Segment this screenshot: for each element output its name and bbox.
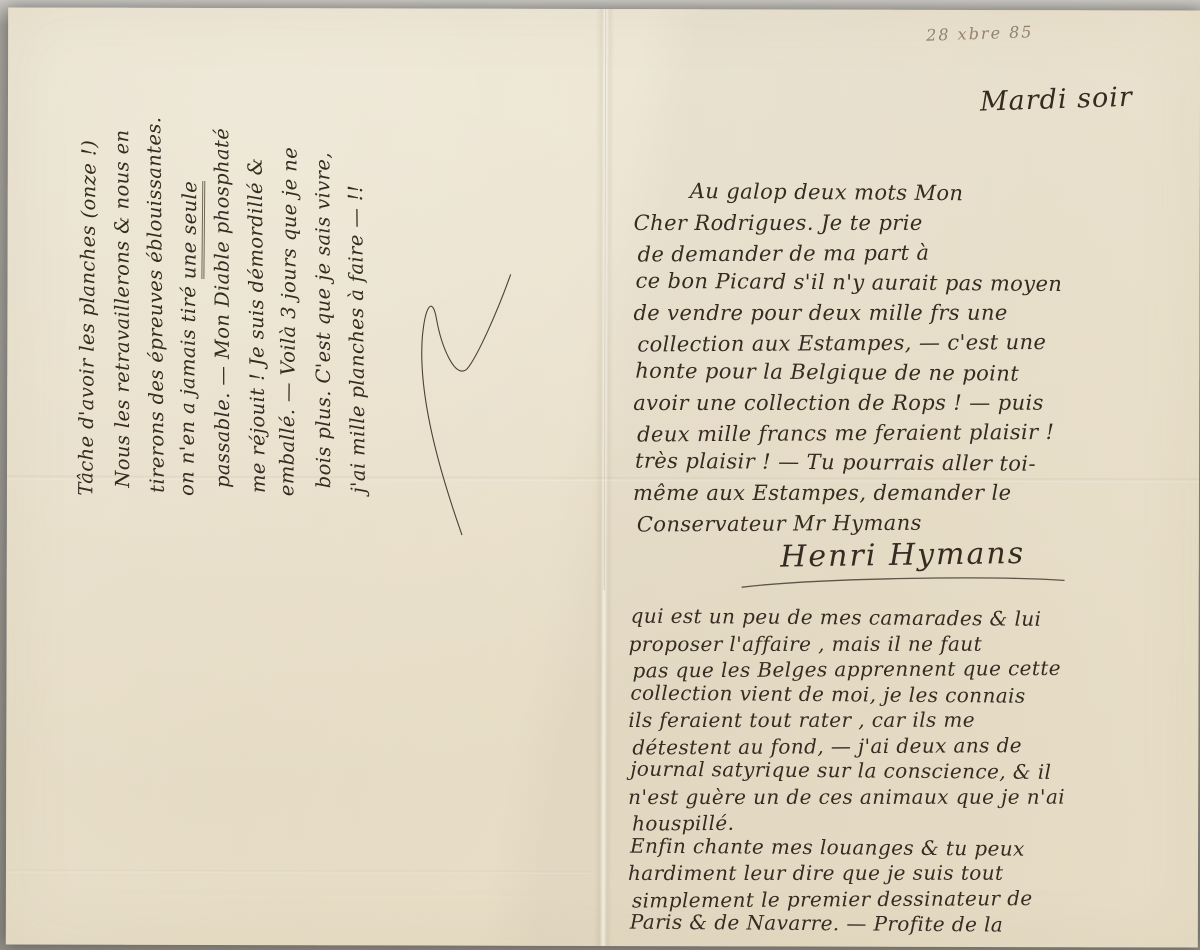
note-underlined-words: une seule [177,181,205,280]
letter-line: ce bon Picard s'il n'y aurait pas moyen [635,266,1191,300]
letter-line: Paris & de Navarre. — Profite de la [630,910,1190,940]
highlighted-name: Henri Hymans [606,533,1199,593]
letter-line: détestent au fond, — j'ai deux ans de [632,732,1192,761]
letter-line: de vendre pour deux mille frs une [633,298,1189,328]
letter-line: Cher Rodrigues. Je te prie [634,208,1190,238]
letter-line: collection aux Estampes, — c'est une [637,326,1193,359]
dateline: Mardi soir [980,82,1134,118]
note-line: Tâche d'avoir les planches (onze !) [69,18,107,496]
note-line-text: on n'en a jamais tiré [175,279,200,496]
letter-line: journal satyrique sur la conscience, & i… [630,757,1190,787]
letter-body-second: qui est un peu de mes camarades & lui pr… [630,605,1191,938]
letter-line: n'est guère un de ces animaux que je n'a… [628,784,1188,810]
letter-line: qui est un peu de mes camarades & lui [631,604,1191,634]
note-line: bois plus. C'est que je sais vivre, [305,10,340,488]
letter-sheet: Tâche d'avoir les planches (onze !) Nous… [6,7,1200,947]
note-line: me réjouit ! Je suis démordillé & [237,15,275,493]
note-line: passable. — Mon Diable phosphaté [205,10,240,488]
note-line: on n'en a jamais tiré une seule [170,18,208,496]
name-underline-stroke [738,572,1068,591]
letter-line: ils feraient tout rater , car ils me [628,708,1188,734]
archival-date-note: 28 xbre 85 [926,22,1034,44]
letter-line: deux mille francs me feraient plaisir ! [637,416,1193,449]
letter-line: avoir une collection de Rops ! — puis [633,388,1189,418]
letter-line: pas que les Belges apprennent que cette [632,655,1192,684]
letter-line: honte pour la Belgique de ne point [635,356,1191,390]
right-page: 28 xbre 85 Mardi soir Au galop deux mots… [606,9,1200,948]
marginal-note: Tâche d'avoir les planches (onze !) Nous… [71,18,378,497]
letter-line: proposer l'affaire , mais il ne faut [629,631,1189,657]
letter-line: simplement le premier dessinateur de [632,885,1192,914]
pen-flourish [405,256,536,546]
note-line: emballé. — Voilà 3 jours que je ne [270,18,308,496]
horizontal-crease-faint [6,869,590,874]
letter-line: Enfin chante mes louanges & tu peux [630,833,1190,863]
letter-line: hardiment leur dire que je suis tout [628,861,1188,887]
note-line: j'ai mille planches à faire — !! [337,15,375,493]
letter-line: de demander de ma part à [638,236,1194,269]
letter-line: Au galop deux mots Mon [636,176,1192,210]
letter-body-first: Au galop deux mots Mon Cher Rodrigues. J… [635,177,1192,538]
note-line: Nous les retravaillerons & nous en [104,10,139,488]
note-line: tirerons des épreuves éblouissantes. [136,15,174,493]
letter-line: houspillé. [632,808,1192,837]
letter-line: même aux Estampes, demander le [633,478,1189,508]
highlighted-name-text: Henri Hymans [780,536,1025,575]
letter-line: collection vient de moi, je les connais [630,680,1190,710]
letter-line: très plaisir ! — Tu pourrais aller toi- [635,446,1191,480]
